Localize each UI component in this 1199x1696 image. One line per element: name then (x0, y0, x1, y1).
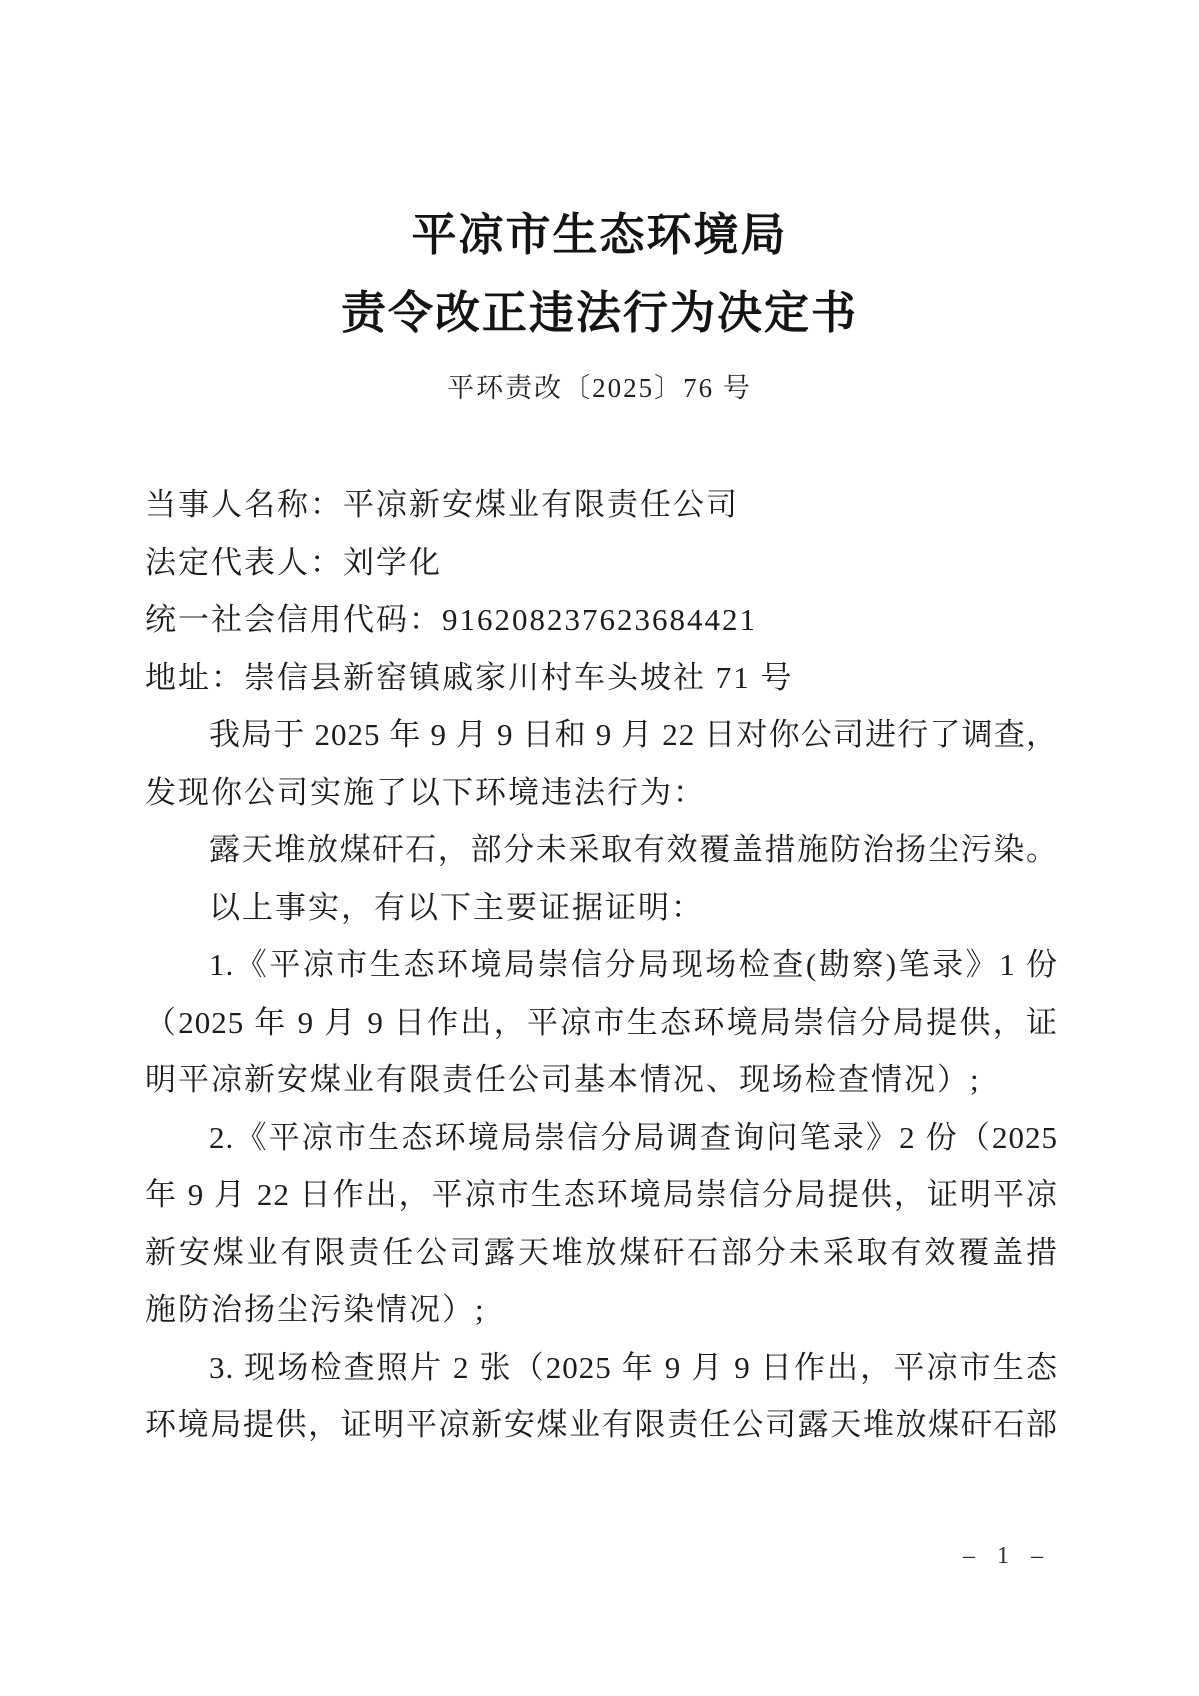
document-page: 平凉市生态环境局 责令改正违法行为决定书 平环责改〔2025〕76 号 当事人名… (0, 0, 1199, 1696)
body-line-violation: 露天堆放煤矸石，部分未采取有效覆盖措施防治扬尘污染。 (145, 821, 1058, 879)
document-body: 当事人名称：平凉新安煤业有限责任公司 法定代表人：刘学化 统一社会信用代码：91… (145, 476, 1058, 1454)
body-line-evidence2-2: 年 9 月 22 日作出，平凉市生态环境局崇信分局提供，证明平凉 (145, 1166, 1058, 1224)
body-line-legal-rep: 法定代表人：刘学化 (145, 534, 1058, 592)
body-line-investigation-1: 我局于 2025 年 9 月 9 日和 9 月 22 日对你公司进行了调查， (145, 706, 1058, 764)
body-line-evidence2-4: 施防治扬尘污染情况）; (145, 1281, 1058, 1339)
body-line-evidence3-2: 环境局提供，证明平凉新安煤业有限责任公司露天堆放煤矸石部 (145, 1396, 1058, 1454)
document-header: 平凉市生态环境局 责令改正违法行为决定书 (0, 0, 1199, 352)
page-number: – 1 – (963, 1540, 1051, 1572)
body-line-evidence3-1: 3. 现场检查照片 2 张（2025 年 9 月 9 日作出，平凉市生态 (145, 1339, 1058, 1397)
body-line-party-name: 当事人名称：平凉新安煤业有限责任公司 (145, 476, 1058, 534)
document-title-type: 责令改正违法行为决定书 (0, 274, 1199, 352)
body-line-evidence1-3: 明平凉新安煤业有限责任公司基本情况、现场检查情况）; (145, 1051, 1058, 1109)
body-line-investigation-2: 发现你公司实施了以下环境违法行为： (145, 764, 1058, 822)
body-line-address: 地址：崇信县新窑镇戚家川村车头坡社 71 号 (145, 649, 1058, 707)
body-line-evidence1-1: 1.《平凉市生态环境局崇信分局现场检查(勘察)笔录》1 份 (145, 936, 1058, 994)
document-reference-number: 平环责改〔2025〕76 号 (0, 365, 1199, 411)
body-line-credit-code: 统一社会信用代码：916208237623684421 (145, 591, 1058, 649)
body-line-evidence1-2: （2025 年 9 月 9 日作出，平凉市生态环境局崇信分局提供，证 (145, 994, 1058, 1052)
document-title-agency: 平凉市生态环境局 (0, 196, 1199, 274)
body-line-evidence2-3: 新安煤业有限责任公司露天堆放煤矸石部分未采取有效覆盖措 (145, 1224, 1058, 1282)
body-line-evidence2-1: 2.《平凉市生态环境局崇信分局调查询问笔录》2 份（2025 (145, 1109, 1058, 1167)
body-line-evidence-intro: 以上事实，有以下主要证据证明： (145, 879, 1058, 937)
